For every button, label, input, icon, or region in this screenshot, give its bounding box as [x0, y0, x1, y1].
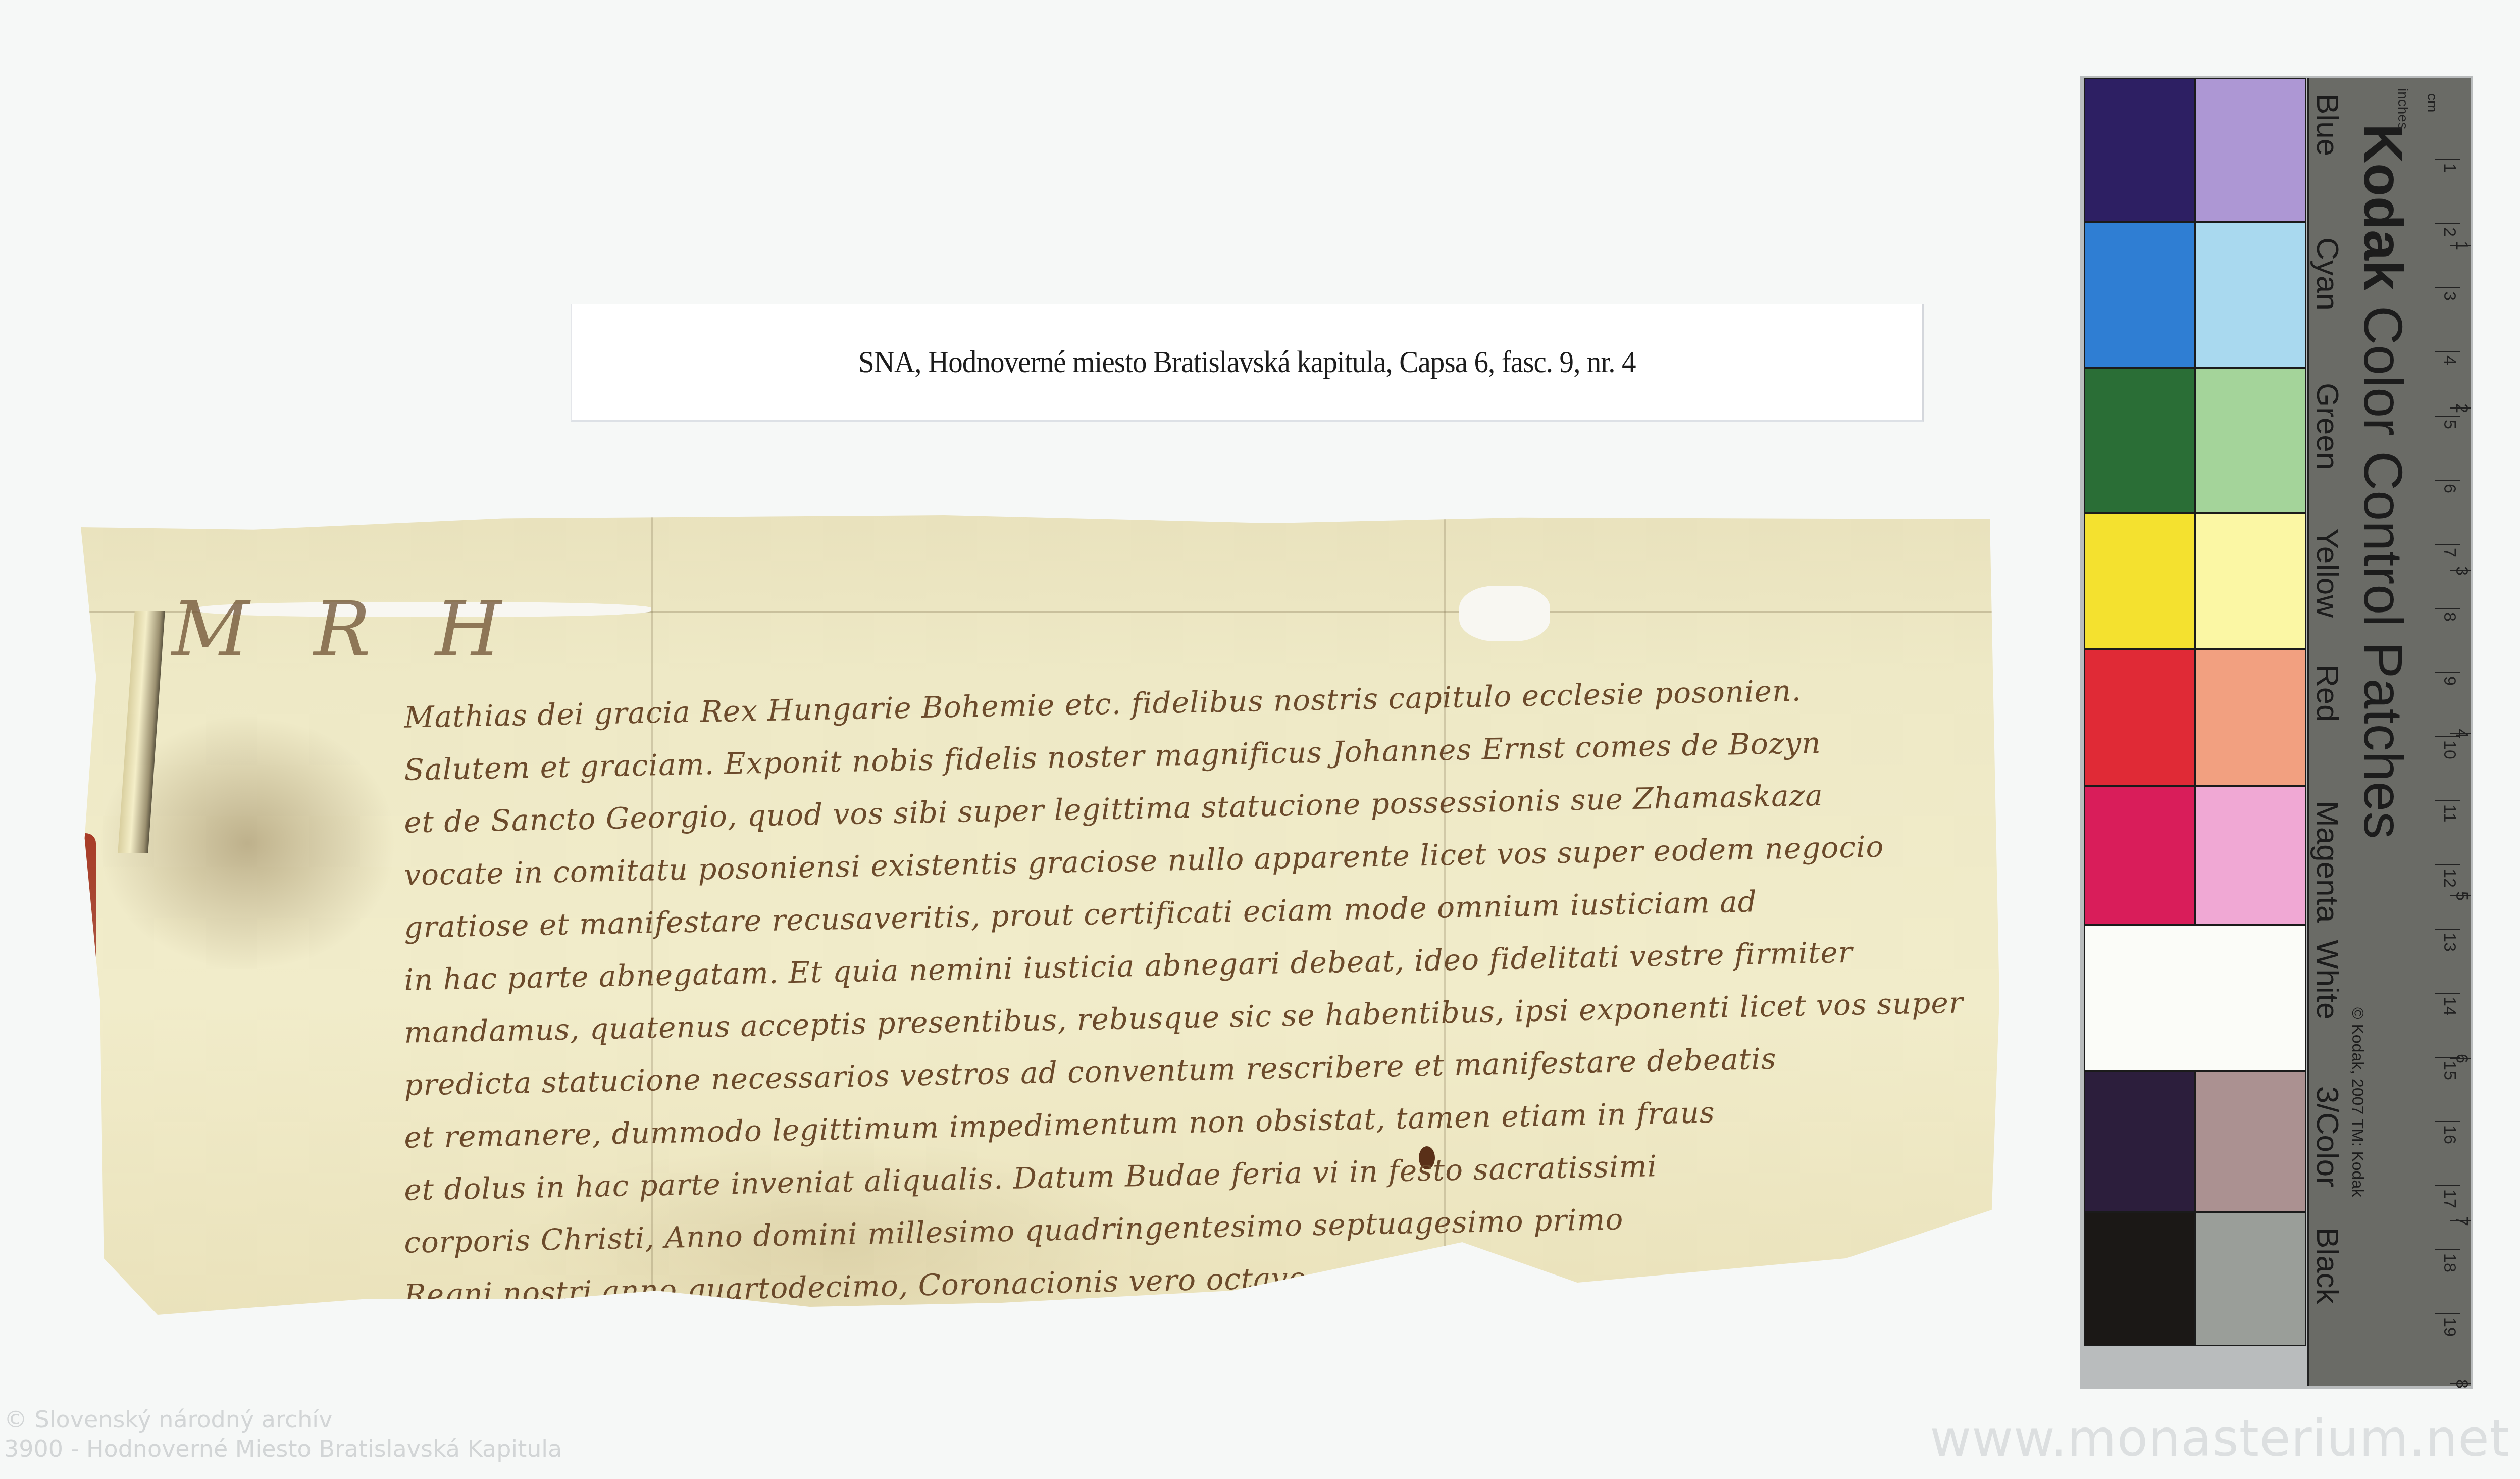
cm-tick-label: 7: [2440, 548, 2459, 557]
patch-row-white: [2084, 925, 2306, 1071]
cm-tick: [2435, 864, 2460, 865]
cm-tick-label: 13: [2440, 933, 2459, 952]
cm-tick-label: 15: [2440, 1061, 2459, 1080]
kodak-copyright: © Kodak, 2007 TM: Kodak: [2348, 1007, 2367, 1197]
color-patch: [2084, 78, 2195, 222]
inch-unit-label: inches: [2395, 88, 2411, 129]
cm-tick: [2435, 416, 2460, 417]
patch-row-cyan: [2084, 222, 2306, 368]
cm-tick-label: 10: [2440, 740, 2459, 759]
cm-tick-label: 3: [2440, 291, 2459, 301]
cm-tick-label: 11: [2440, 804, 2459, 822]
cm-tick: [2435, 1185, 2460, 1186]
patch-row-yellow: [2084, 513, 2306, 649]
seal-strip: [118, 611, 165, 853]
wax-seal-remnant: [76, 833, 96, 1136]
cm-tick: [2435, 287, 2460, 288]
color-patch: [2195, 368, 2306, 513]
cm-tick-label: 14: [2440, 997, 2459, 1016]
patch-label: Blue: [2309, 93, 2345, 156]
inch-tick-label: 1: [2452, 241, 2472, 250]
kodak-color-card: Kodak Color Control Patches © Kodak, 200…: [2080, 76, 2473, 1389]
charter-text: M R H Mathias dei gracia Rex Hungarie Bo…: [404, 586, 1919, 1307]
color-patch: [2084, 925, 2306, 1071]
cm-tick-label: 12: [2440, 869, 2459, 888]
color-patch: [2195, 78, 2306, 222]
color-patch: [2084, 368, 2195, 513]
monasterium-watermark: www.monasterium.net: [1930, 1409, 2510, 1468]
patch-label: Cyan: [2309, 237, 2345, 311]
parchment-charter: M R H Mathias dei gracia Rex Hungarie Bo…: [81, 515, 1999, 1323]
cm-tick: [2435, 1121, 2460, 1122]
inch-tick-label: 8: [2452, 1379, 2472, 1389]
cm-tick-label: 5: [2440, 420, 2459, 429]
cm-tick-label: 16: [2440, 1125, 2459, 1144]
cm-tick: [2435, 1249, 2460, 1250]
cm-tick-label: 17: [2440, 1189, 2459, 1208]
charter-initials: M R H: [172, 586, 1919, 677]
inch-tick-label: 5: [2452, 891, 2472, 901]
color-patch: [2195, 1212, 2306, 1346]
color-patch: [2084, 1071, 2195, 1212]
patch-label: Red: [2309, 665, 2345, 722]
color-patch: [2195, 513, 2306, 649]
inch-tick-label: 6: [2452, 1054, 2472, 1063]
color-patch: [2084, 786, 2195, 925]
patch-row-3-color: [2084, 1071, 2306, 1212]
cm-unit-label: cm: [2424, 93, 2440, 112]
ruler-strip: Kodak Color Control Patches © Kodak, 200…: [2307, 78, 2471, 1386]
cm-tick-label: 2: [2440, 227, 2459, 237]
patch-label: Magenta: [2309, 801, 2345, 923]
color-patch: [2195, 649, 2306, 786]
cm-tick: [2435, 480, 2460, 481]
color-patch-grid: [2084, 78, 2306, 1386]
cm-tick: [2435, 608, 2460, 609]
cm-tick-label: 8: [2440, 612, 2459, 622]
color-patch: [2195, 222, 2306, 368]
patch-row-black: [2084, 1212, 2306, 1346]
inch-tick-label: 7: [2452, 1216, 2472, 1226]
cm-tick-label: 4: [2440, 355, 2459, 365]
archive-reference-text: SNA, Hodnoverné miesto Bratislavská kapi…: [858, 344, 1636, 380]
color-patch: [2084, 1212, 2195, 1346]
color-patch: [2195, 786, 2306, 925]
inch-tick-label: 3: [2452, 566, 2472, 576]
patch-label: Black: [2309, 1228, 2345, 1304]
cm-tick: [2435, 159, 2460, 160]
patch-row-green: [2084, 368, 2306, 513]
cm-tick: [2435, 993, 2460, 994]
inch-tick-label: 2: [2452, 403, 2472, 413]
patch-row-blue: [2084, 78, 2306, 222]
patch-label: White: [2309, 940, 2345, 1019]
kodak-logo-text: Kodak: [2353, 124, 2414, 290]
color-patch: [2084, 649, 2195, 786]
cm-tick-label: 1: [2440, 163, 2459, 173]
kodak-card-title: Color Control Patches: [2353, 305, 2414, 839]
cm-tick: [2435, 1313, 2460, 1314]
cm-tick: [2435, 672, 2460, 673]
archive-fond: 3900 - Hodnoverné Miesto Bratislavská Ka…: [4, 1434, 562, 1463]
archive-reference-label: SNA, Hodnoverné miesto Bratislavská kapi…: [571, 304, 1924, 422]
cm-tick-label: 9: [2440, 676, 2459, 686]
patch-label: Green: [2309, 383, 2345, 470]
patch-row-magenta: [2084, 786, 2306, 925]
patch-label: Yellow: [2309, 528, 2345, 618]
archive-watermark: © Slovenský národný archív 3900 - Hodnov…: [4, 1405, 562, 1463]
inch-tick-label: 4: [2452, 729, 2472, 738]
cm-tick-label: 6: [2440, 484, 2459, 493]
cm-tick-label: 18: [2440, 1253, 2459, 1272]
cm-tick: [2435, 351, 2460, 352]
patch-label: 3/Color: [2309, 1086, 2345, 1187]
cm-tick: [2435, 223, 2460, 224]
archive-copyright: © Slovenský národný archív: [4, 1405, 562, 1434]
cm-tick: [2435, 929, 2460, 930]
color-patch: [2084, 222, 2195, 368]
cm-tick-label: 19: [2440, 1317, 2459, 1337]
color-patch: [2084, 513, 2195, 649]
patch-row-red: [2084, 649, 2306, 786]
color-patch: [2195, 1071, 2306, 1212]
kodak-brand-title: Kodak Color Control Patches: [2352, 124, 2415, 839]
cm-tick: [2435, 544, 2460, 545]
cm-tick: [2435, 800, 2460, 801]
